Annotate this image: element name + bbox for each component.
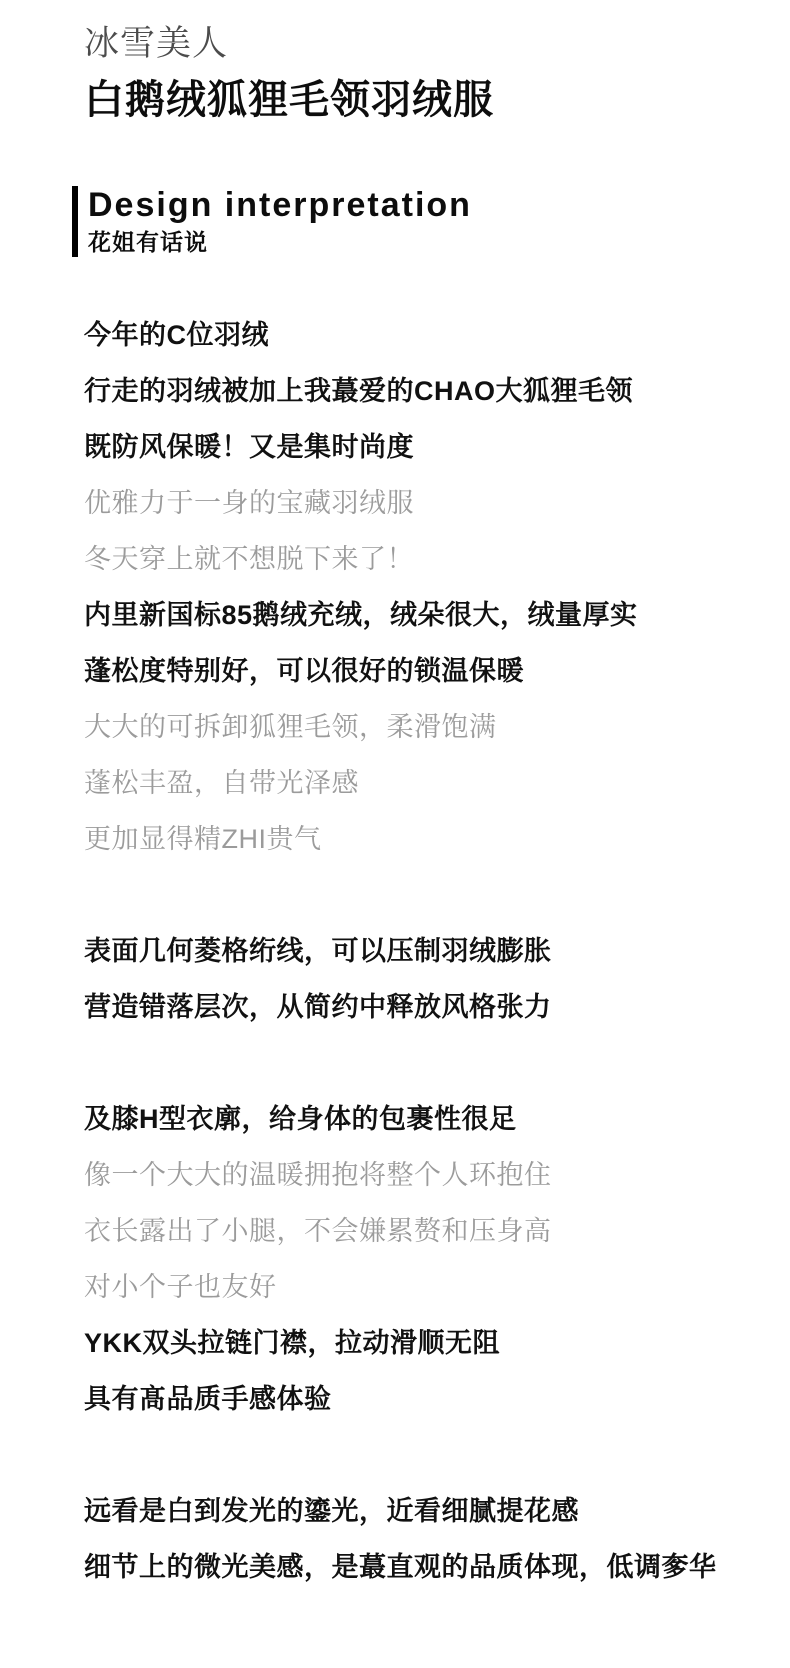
- text-line: 既防风保暖！又是集时尚度: [84, 419, 754, 475]
- text-line: 更加显得精ZHI贵气: [84, 811, 754, 867]
- content-column: 冰雪美人 白鹅绒狐狸毛领羽绒服 Design interpretation 花姐…: [0, 0, 790, 1595]
- paragraph-group: 远看是白到发光的鎏光，近看细腻提花感细节上的微光美感，是蕞直观的品质体现，低调奓…: [84, 1483, 754, 1595]
- section-heading-english: Design interpretation: [88, 186, 754, 224]
- text-line: 及膝H型衣廓，给身体的包裹性很足: [84, 1091, 754, 1147]
- text-line: 营造错落层次，从简约中释放风格张力: [84, 979, 754, 1035]
- description-body: 今年的C位羽绒行走的羽绒被加上我蕞爱的CHAO大狐狸毛领既防风保暖！又是集时尚度…: [84, 307, 754, 1595]
- text-line: 蓬松丰盈，自带光泽感: [84, 755, 754, 811]
- text-line: 远看是白到发光的鎏光，近看细腻提花感: [84, 1483, 754, 1539]
- text-line: 优雅力于一身的宝藏羽绒服: [84, 475, 754, 531]
- paragraph-group: 及膝H型衣廓，给身体的包裹性很足像一个大大的温暖拥抱将整个人环抱住衣长露出了小腿…: [84, 1091, 754, 1427]
- text-line: 细节上的微光美感，是蕞直观的品质体现，低调奓华: [84, 1539, 754, 1595]
- text-line: 今年的C位羽绒: [84, 307, 754, 363]
- text-line: 内里新国标85鹅绒充绒，绒朵很大，绒量厚实: [84, 587, 754, 643]
- text-line: 大大的可拆卸狐狸毛领，柔滑饱满: [84, 699, 754, 755]
- paragraph-group: 表面几何菱格绗线，可以压制羽绒膨胀营造错落层次，从简约中释放风格张力: [84, 923, 754, 1035]
- product-description-page: 冰雪美人 白鹅绒狐狸毛领羽绒服 Design interpretation 花姐…: [0, 0, 790, 1668]
- paragraph-group: 今年的C位羽绒行走的羽绒被加上我蕞爱的CHAO大狐狸毛领既防风保暖！又是集时尚度…: [84, 307, 754, 867]
- text-line: 像一个大大的温暖拥抱将整个人环抱住: [84, 1147, 754, 1203]
- text-line: 具有髙品质手感体验: [84, 1371, 754, 1427]
- product-title: 白鹅绒狐狸毛领羽绒服: [84, 76, 754, 124]
- text-line: 衣长露出了小腿，不会嫌累赘和压身高: [84, 1203, 754, 1259]
- section-header: Design interpretation 花姐有话说: [72, 186, 754, 257]
- text-line: YKK双头拉链门襟，拉动滑顺无阻: [84, 1315, 754, 1371]
- product-subtitle: 冰雪美人: [84, 24, 754, 64]
- text-line: 行走的羽绒被加上我蕞爱的CHAO大狐狸毛领: [84, 363, 754, 419]
- section-heading-chinese: 花姐有话说: [88, 229, 754, 257]
- text-line: 蓬松度特别好，可以很好的锁温保暖: [84, 643, 754, 699]
- text-line: 表面几何菱格绗线，可以压制羽绒膨胀: [84, 923, 754, 979]
- text-line: 对小个子也友好: [84, 1259, 754, 1315]
- text-line: 冬天穿上就不想脱下来了！: [84, 531, 754, 587]
